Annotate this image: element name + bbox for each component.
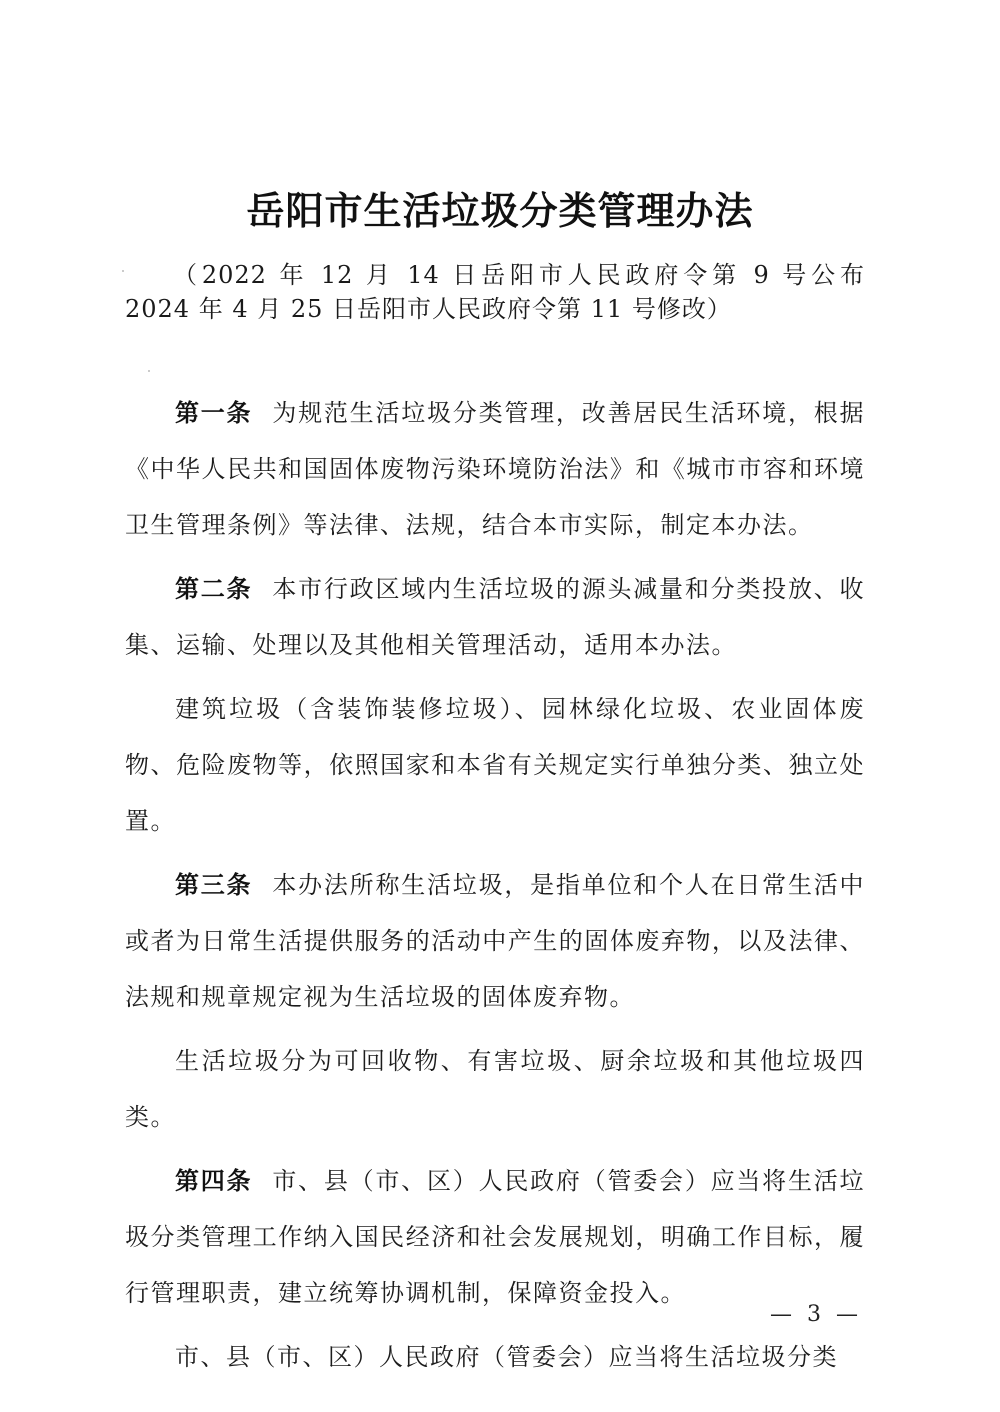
page-number: — 3 — [770,1302,862,1327]
article-label: 第一条 [175,399,252,427]
document-title: 岳阳市生活垃圾分类管理办法 [0,180,1000,235]
article-4: 第四条市、县（市、区）人民政府（管委会）应当将生活垃圾分类管理工作纳入国民经济和… [125,1153,865,1321]
scan-speck [122,270,124,272]
scan-speck [148,370,150,372]
article-1: 第一条为规范生活垃圾分类管理，改善居民生活环境，根据《中华人民共和国固体废物污染… [125,385,865,553]
document-body: 第一条为规范生活垃圾分类管理，改善居民生活环境，根据《中华人民共和国固体废物污染… [125,385,865,1393]
article-4-paragraph-2: 市、县（市、区）人民政府（管委会）应当将生活垃圾分类 [125,1329,865,1385]
paragraph-text: 市、县（市、区）人民政府（管委会）应当将生活垃圾分类 [175,1343,838,1371]
article-2-paragraph-2: 建筑垃圾（含装饰装修垃圾）、园林绿化垃圾、农业固体废物、危险废物等，依照国家和本… [125,681,865,849]
article-label: 第二条 [175,575,252,603]
paragraph-text: 生活垃圾分为可回收物、有害垃圾、厨余垃圾和其他垃圾四类。 [125,1047,865,1131]
document-subtitle: （2022 年 12 月 14 日岳阳市人民政府令第 9 号公布 2024 年 … [125,258,865,326]
paragraph-text: 建筑垃圾（含装饰装修垃圾）、园林绿化垃圾、农业固体废物、危险废物等，依照国家和本… [125,695,865,835]
document-page: 岳阳市生活垃圾分类管理办法 （2022 年 12 月 14 日岳阳市人民政府令第… [0,0,1000,1412]
article-label: 第四条 [175,1167,252,1195]
article-2: 第二条本市行政区域内生活垃圾的源头减量和分类投放、收集、运输、处理以及其他相关管… [125,561,865,673]
article-label: 第三条 [175,871,252,899]
article-3: 第三条本办法所称生活垃圾，是指单位和个人在日常生活中或者为日常生活提供服务的活动… [125,857,865,1025]
article-3-paragraph-2: 生活垃圾分为可回收物、有害垃圾、厨余垃圾和其他垃圾四类。 [125,1033,865,1145]
